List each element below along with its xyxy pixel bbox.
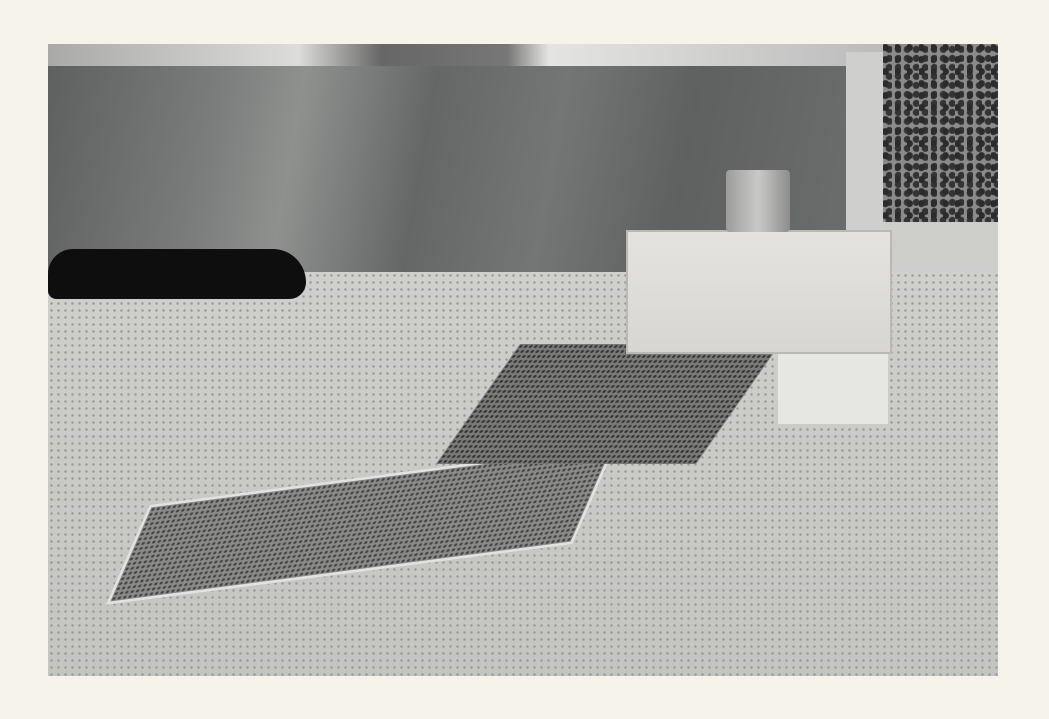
dark-shape (48, 249, 306, 299)
beehive-box (626, 230, 892, 354)
wooden-post (846, 52, 883, 237)
background-strip (48, 44, 883, 66)
hive-stand (778, 344, 888, 424)
feeder-can (726, 170, 790, 232)
hedge (883, 44, 998, 222)
photograph (48, 44, 998, 676)
